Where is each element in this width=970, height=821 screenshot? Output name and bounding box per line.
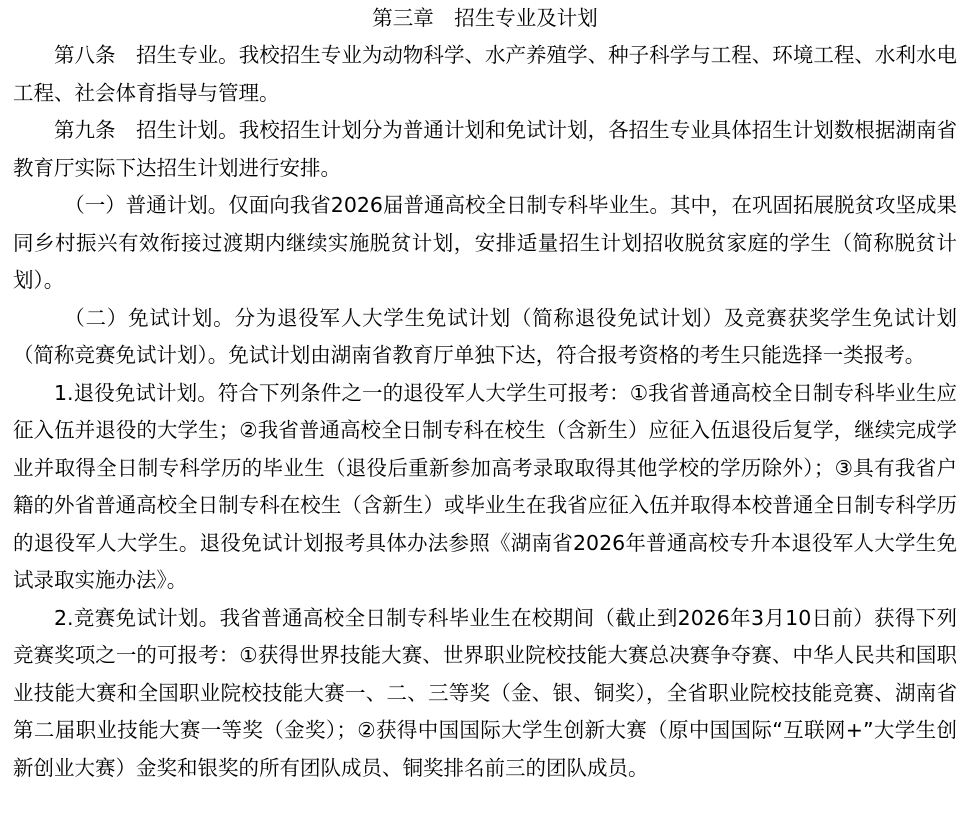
competition-plan-paragraph: 2.竞赛免试计划。我省普通高校全日制专科毕业生在校期间（截止到2026年3月10… — [13, 600, 957, 788]
article-9-paragraph: 第九条 招生计划。我校招生计划分为普通计划和免试计划，各招生专业具体招生计划数根… — [13, 112, 957, 187]
document-page: 第三章 招生专业及计划 第八条 招生专业。我校招生专业为动物科学、水产养殖学、种… — [0, 0, 970, 787]
exempt-plan-paragraph: （二）免试计划。分为退役军人大学生免试计划（简称退役免试计划）及竞赛获奖学生免试… — [13, 300, 957, 375]
chapter-title: 第三章 招生专业及计划 — [13, 0, 957, 37]
veteran-plan-paragraph: 1.退役免试计划。符合下列条件之一的退役军人大学生可报考：①我省普通高校全日制专… — [13, 375, 957, 600]
general-plan-paragraph: （一）普通计划。仅面向我省2026届普通高校全日制专科毕业生。其中，在巩固拓展脱… — [13, 187, 957, 300]
article-8-paragraph: 第八条 招生专业。我校招生专业为动物科学、水产养殖学、种子科学与工程、环境工程、… — [13, 37, 957, 112]
